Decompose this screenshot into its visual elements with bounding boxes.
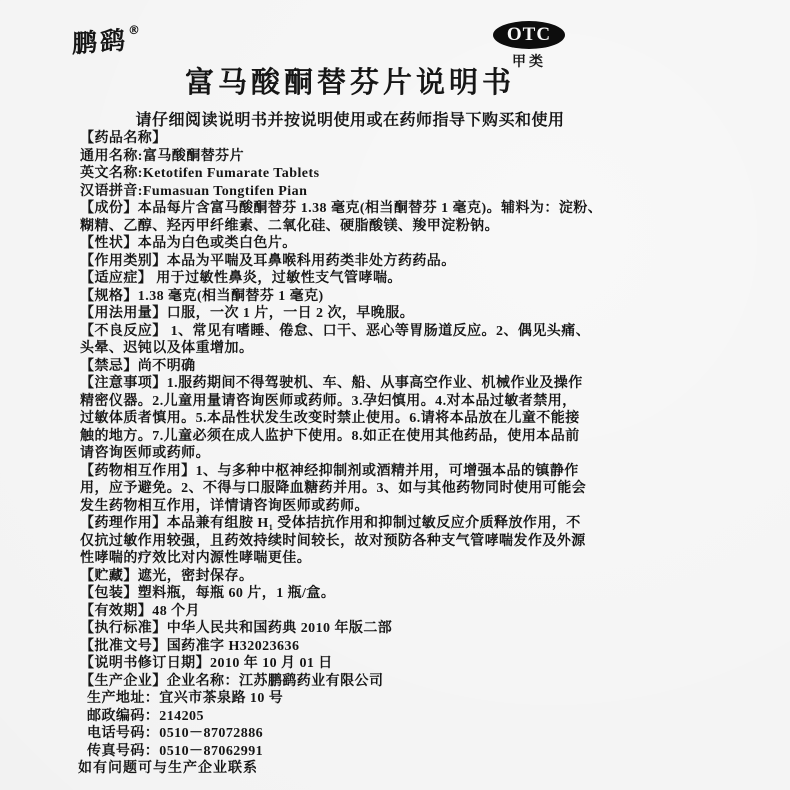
brand-name: 鹏鹞 (72, 25, 128, 58)
text-line: 过敏体质者慎用。5.本品性状发生改变时禁止使用。6.请将本品放在儿童不能接 (80, 410, 740, 428)
document-subtitle: 请仔细阅读说明书并按说明使用或在药师指导下购买和使用 (0, 107, 700, 130)
title-block: 富马酸酮替芬片说明书 请仔细阅读说明书并按说明使用或在药师指导下购买和使用 (0, 60, 700, 130)
text-line: 邮政编码：214205 (80, 708, 740, 726)
text-line: 仅抗过敏作用较强，且药效持续时间较长，故对预防各种支气管哮喘发作及外源 (80, 533, 740, 551)
text-line: 精密仪器。2.儿童用量请咨询医师或药师。3.孕妇慎用。4.对本品过敏者禁用， (80, 393, 740, 411)
text-line: 通用名称:富马酸酮替芬片 (80, 148, 740, 166)
text-line: 【作用类别】本品为平喘及耳鼻喉科用药类非处方药药品。 (80, 253, 740, 271)
text-line: 【用法用量】口服，一次 1 片，一日 2 次，早晚服。 (80, 305, 740, 323)
text-line: 英文名称:Ketotifen Fumarate Tablets (80, 165, 740, 183)
text-line: 生产地址：宜兴市茶泉路 10 号 (80, 690, 740, 708)
text-line: 【药物相互作用】1、与多种中枢神经抑制剂或酒精并用，可增强本品的镇静作 (80, 463, 740, 481)
text-line: 【执行标准】中华人民共和国药典 2010 年版二部 (80, 620, 740, 638)
text-line: 用，应予避免。2、不得与口服降血糖药并用。3、如与其他药物同时使用可能会 (80, 480, 740, 498)
text-line: 如有问题可与生产企业联系 (78, 760, 740, 778)
text-line: 【适应症】 用于过敏性鼻炎，过敏性支气管哮喘。 (80, 270, 740, 288)
text-line: 【药品名称】 (80, 130, 740, 148)
text-line: 【批准文号】国药准字 H32023636 (80, 638, 740, 656)
text-line: 【包装】塑料瓶，每瓶 60 片，1 瓶/盒。 (80, 585, 740, 603)
text-line: 【注意事项】1.服药期间不得驾驶机、车、船、从事高空作业、机械作业及操作 (80, 375, 740, 393)
text-line: 【不良反应】 1、常见有嗜睡、倦怠、口干、恶心等胃肠道反应。2、偶见头痛、 (80, 323, 740, 341)
insert-body-text: 【药品名称】通用名称:富马酸酮替芬片英文名称:Ketotifen Fumarat… (80, 130, 740, 778)
text-line: 头晕、迟钝以及体重增加。 (80, 340, 740, 358)
text-line: 【药理作用】本品兼有组胺 H₁ 受体拮抗作用和抑制过敏反应介质释放作用，不 (80, 515, 740, 533)
text-line: 【贮藏】遮光，密封保存。 (80, 568, 740, 586)
text-line: 【性状】本品为白色或类白色片。 (80, 235, 740, 253)
text-line: 请咨询医师或药师。 (80, 445, 740, 463)
text-line: 发生药物相互作用，详情请咨询医师或药师。 (80, 498, 740, 516)
text-line: 触的地方。7.儿童必须在成人监护下使用。8.如正在使用其他药品，使用本品前 (80, 428, 740, 446)
text-line: 糊精、乙醇、羟丙甲纤维素、二氧化硅、硬脂酸镁、羧甲淀粉钠。 (80, 218, 740, 236)
text-line: 【成份】本品每片含富马酸酮替芬 1.38 毫克(相当酮替芬 1 毫克)。辅料为：… (80, 200, 740, 218)
package-insert-page: 鹏鹞® OTC 甲类 富马酸酮替芬片说明书 请仔细阅读说明书并按说明使用或在药师… (0, 0, 790, 790)
document-title: 富马酸酮替芬片说明书 (0, 60, 700, 101)
text-line: 【生产企业】企业名称：江苏鹏鹞药业有限公司 (80, 673, 740, 691)
text-line: 【说明书修订日期】2010 年 10 月 01 日 (80, 655, 740, 673)
otc-badge: OTC (493, 21, 565, 49)
otc-badge-label: OTC (507, 24, 551, 46)
brand-logo: 鹏鹞® (72, 20, 140, 61)
text-line: 【规格】1.38 毫克(相当酮替芬 1 毫克) (80, 288, 740, 306)
text-line: 【有效期】48 个月 (80, 603, 740, 621)
text-line: 性哮喘的疗效比对内源性哮喘更佳。 (80, 550, 740, 568)
text-line: 汉语拼音:Fumasuan Tongtifen Pian (80, 183, 740, 201)
text-line: 传真号码：0510－87062991 (80, 743, 740, 761)
registered-trademark-icon: ® (128, 23, 140, 38)
text-line: 电话号码：0510－87072886 (80, 725, 740, 743)
text-line: 【禁忌】尚不明确 (80, 358, 740, 376)
